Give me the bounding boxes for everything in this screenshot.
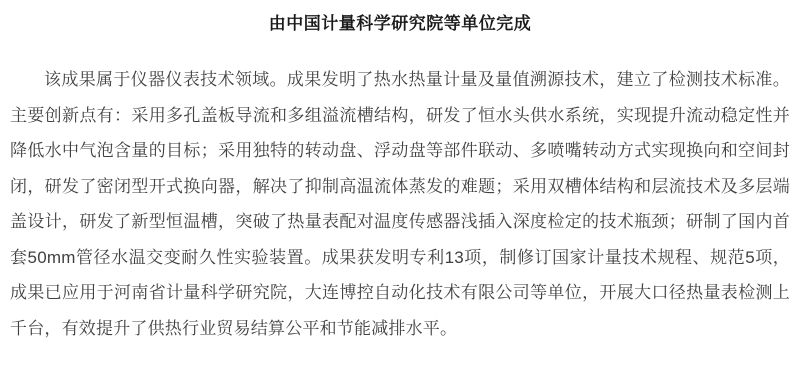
document-paragraph: 该成果属于仪器仪表技术领域。成果发明了热水热量计量及量值溯源技术，建立了检测技术… [10,62,790,346]
document-page: 由中国计量科学研究院等单位完成 该成果属于仪器仪表技术领域。成果发明了热水热量计… [0,0,800,374]
document-title: 由中国计量科学研究院等单位完成 [10,13,790,34]
